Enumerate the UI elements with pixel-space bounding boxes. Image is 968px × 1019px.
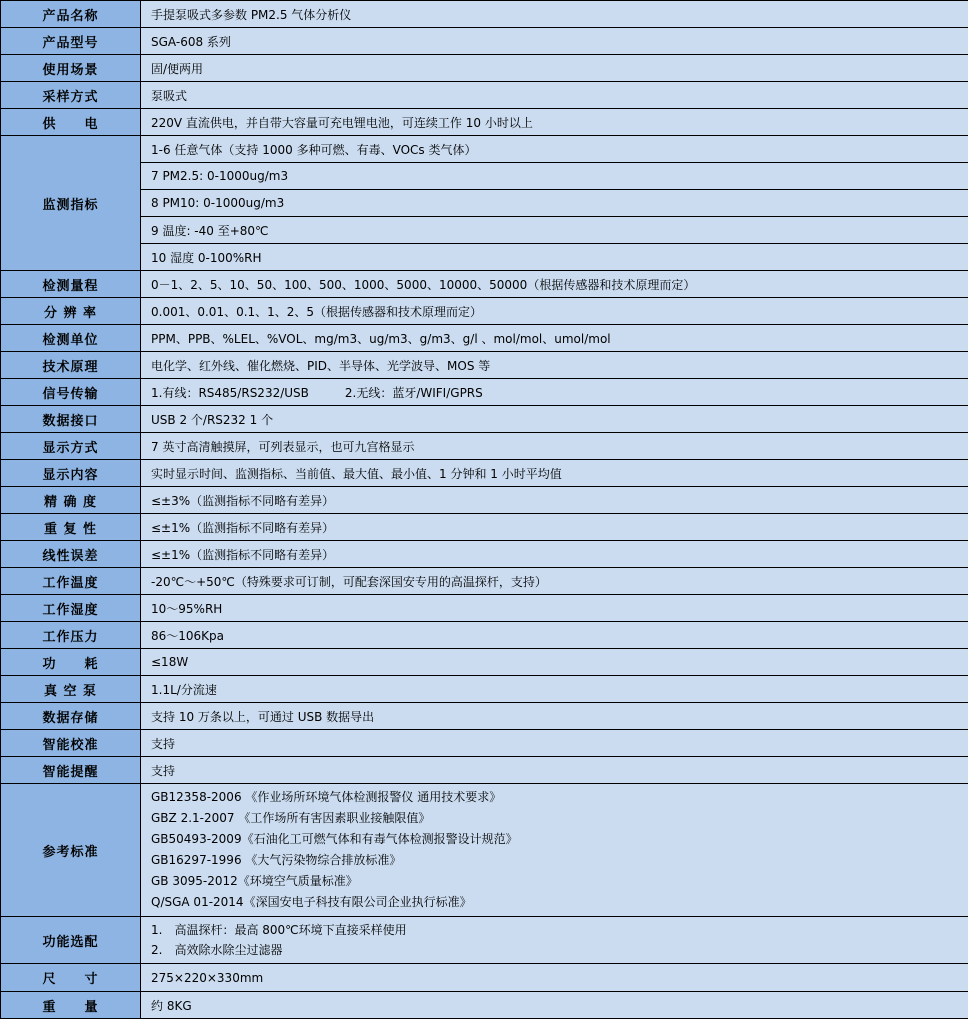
table-row: 监测指标 1-6 任意气体（支持 1000 多种可燃、有毒、VOCs 类气体） <box>1 136 968 163</box>
row-label: 信号传输 <box>1 379 141 406</box>
table-row: 8 PM10: 0-1000ug/m3 <box>1 190 968 217</box>
row-value: 220V 直流供电，并自带大容量可充电锂电池，可连续工作 10 小时以上 <box>141 109 968 136</box>
row-value: 1.1L/分流速 <box>141 676 968 703</box>
row-label: 功 耗 <box>1 649 141 676</box>
row-value: 8 PM10: 0-1000ug/m3 <box>141 190 968 217</box>
table-row: 供 电 220V 直流供电，并自带大容量可充电锂电池，可连续工作 10 小时以上 <box>1 109 968 136</box>
table-row: 重 量 约 8KG <box>1 992 968 1019</box>
table-row: 产品型号 SGA-608 系列 <box>1 28 968 55</box>
row-label: 技术原理 <box>1 352 141 379</box>
row-value: PPM、PPB、%LEL、%VOL、mg/m3、ug/m3、g/m3、g/l 、… <box>141 325 968 352</box>
table-row: 信号传输 1.有线：RS485/RS232/USB 2.无线：蓝牙/WIFI/G… <box>1 379 968 406</box>
value-line: 2. 高效除水除尘过滤器 <box>151 940 962 960</box>
row-label: 真 空 泵 <box>1 676 141 703</box>
row-value: 275×220×330mm <box>141 964 968 992</box>
row-value: 手提泵吸式多参数 PM2.5 气体分析仪 <box>141 1 968 28</box>
table-row: 真 空 泵 1.1L/分流速 <box>1 676 968 703</box>
table-row: 分 辨 率 0.001、0.01、0.1、1、2、5（根据传感器和技术原理而定） <box>1 298 968 325</box>
row-label: 供 电 <box>1 109 141 136</box>
table-row: 尺 寸 275×220×330mm <box>1 964 968 992</box>
table-row: 线性误差 ≤±1%（监测指标不同略有差异） <box>1 541 968 568</box>
row-value: -20℃～+50℃（特殊要求可订制，可配套深国安专用的高温探杆，支持） <box>141 568 968 595</box>
row-value: 7 PM2.5: 0-1000ug/m3 <box>141 163 968 190</box>
row-label: 产品型号 <box>1 28 141 55</box>
row-value: GB12358-2006 《作业场所环境气体检测报警仪 通用技术要求》 GBZ … <box>141 784 968 917</box>
row-value: 支持 <box>141 730 968 757</box>
row-label: 采样方式 <box>1 82 141 109</box>
table-row: 功能选配 1. 高温探杆：最高 800℃环境下直接采样使用 2. 高效除水除尘过… <box>1 917 968 964</box>
table-row: 显示方式 7 英寸高清触摸屏，可列表显示，也可九宫格显示 <box>1 433 968 460</box>
table-row: 工作压力 86～106Kpa <box>1 622 968 649</box>
row-label: 显示方式 <box>1 433 141 460</box>
table-row: 检测单位 PPM、PPB、%LEL、%VOL、mg/m3、ug/m3、g/m3、… <box>1 325 968 352</box>
row-label: 线性误差 <box>1 541 141 568</box>
table-row: 工作湿度 10～95%RH <box>1 595 968 622</box>
row-label: 参考标准 <box>1 784 141 917</box>
value-line: 1. 高温探杆：最高 800℃环境下直接采样使用 <box>151 920 962 940</box>
row-label: 功能选配 <box>1 917 141 964</box>
row-value: 7 英寸高清触摸屏，可列表显示，也可九宫格显示 <box>141 433 968 460</box>
table-row: 检测量程 0－1、2、5、10、50、100、500、1000、5000、100… <box>1 271 968 298</box>
table-row: 智能校准 支持 <box>1 730 968 757</box>
row-label: 智能提醒 <box>1 757 141 784</box>
row-label: 工作湿度 <box>1 595 141 622</box>
row-label: 尺 寸 <box>1 964 141 992</box>
row-value: 1.有线：RS485/RS232/USB 2.无线：蓝牙/WIFI/GPRS <box>141 379 968 406</box>
table-row: 10 湿度 0-100%RH <box>1 244 968 271</box>
table-row: 技术原理 电化学、红外线、催化燃烧、PID、半导体、光学波导、MOS 等 <box>1 352 968 379</box>
row-value: 1-6 任意气体（支持 1000 多种可燃、有毒、VOCs 类气体） <box>141 136 968 163</box>
row-label: 检测单位 <box>1 325 141 352</box>
row-value: ≤±1%（监测指标不同略有差异） <box>141 514 968 541</box>
row-label: 数据存储 <box>1 703 141 730</box>
table-row: 数据存储 支持 10 万条以上，可通过 USB 数据导出 <box>1 703 968 730</box>
row-value: ≤±1%（监测指标不同略有差异） <box>141 541 968 568</box>
row-value: 支持 <box>141 757 968 784</box>
table-row: 数据接口 USB 2 个/RS232 1 个 <box>1 406 968 433</box>
table-row: 智能提醒 支持 <box>1 757 968 784</box>
row-value: 泵吸式 <box>141 82 968 109</box>
row-label: 工作温度 <box>1 568 141 595</box>
row-label: 检测量程 <box>1 271 141 298</box>
table-row: 重 复 性 ≤±1%（监测指标不同略有差异） <box>1 514 968 541</box>
row-label: 使用场景 <box>1 55 141 82</box>
row-value: 0.001、0.01、0.1、1、2、5（根据传感器和技术原理而定） <box>141 298 968 325</box>
row-value: 实时显示时间、监测指标、当前值、最大值、最小值、1 分钟和 1 小时平均值 <box>141 460 968 487</box>
value-line: GB16297-1996 《大气污染物综合排放标准》 <box>151 850 962 871</box>
row-label: 工作压力 <box>1 622 141 649</box>
table-row: 使用场景 固/便两用 <box>1 55 968 82</box>
row-label: 分 辨 率 <box>1 298 141 325</box>
row-value: 1. 高温探杆：最高 800℃环境下直接采样使用 2. 高效除水除尘过滤器 <box>141 917 968 964</box>
row-value: ≤18W <box>141 649 968 676</box>
table-row: 7 PM2.5: 0-1000ug/m3 <box>1 163 968 190</box>
row-value: ≤±3%（监测指标不同略有差异） <box>141 487 968 514</box>
row-value: 0－1、2、5、10、50、100、500、1000、5000、10000、50… <box>141 271 968 298</box>
row-label: 显示内容 <box>1 460 141 487</box>
row-label: 监测指标 <box>1 136 141 271</box>
row-value: 10 湿度 0-100%RH <box>141 244 968 271</box>
row-label: 智能校准 <box>1 730 141 757</box>
row-value: 固/便两用 <box>141 55 968 82</box>
table-row: 精 确 度 ≤±3%（监测指标不同略有差异） <box>1 487 968 514</box>
table-row: 参考标准 GB12358-2006 《作业场所环境气体检测报警仪 通用技术要求》… <box>1 784 968 917</box>
product-spec-table: 产品名称 手提泵吸式多参数 PM2.5 气体分析仪 产品型号 SGA-608 系… <box>0 0 968 1019</box>
table-row: 显示内容 实时显示时间、监测指标、当前值、最大值、最小值、1 分钟和 1 小时平… <box>1 460 968 487</box>
table-row: 9 温度: -40 至+80℃ <box>1 217 968 244</box>
row-value: 10～95%RH <box>141 595 968 622</box>
table-row: 功 耗 ≤18W <box>1 649 968 676</box>
row-label: 精 确 度 <box>1 487 141 514</box>
row-label: 重 复 性 <box>1 514 141 541</box>
row-value: 86～106Kpa <box>141 622 968 649</box>
row-value: 电化学、红外线、催化燃烧、PID、半导体、光学波导、MOS 等 <box>141 352 968 379</box>
table-row: 采样方式 泵吸式 <box>1 82 968 109</box>
row-value: 约 8KG <box>141 992 968 1019</box>
value-line: GB50493-2009《石油化工可燃气体和有毒气体检测报警设计规范》 <box>151 829 962 850</box>
value-line: Q/SGA 01-2014《深国安电子科技有限公司企业执行标准》 <box>151 892 962 913</box>
value-line: GB12358-2006 《作业场所环境气体检测报警仪 通用技术要求》 <box>151 787 962 808</box>
value-line: GB 3095-2012《环境空气质量标准》 <box>151 871 962 892</box>
row-label: 产品名称 <box>1 1 141 28</box>
row-value: SGA-608 系列 <box>141 28 968 55</box>
row-label: 数据接口 <box>1 406 141 433</box>
row-value: 9 温度: -40 至+80℃ <box>141 217 968 244</box>
row-value: 支持 10 万条以上，可通过 USB 数据导出 <box>141 703 968 730</box>
table-row: 产品名称 手提泵吸式多参数 PM2.5 气体分析仪 <box>1 1 968 28</box>
table-row: 工作温度 -20℃～+50℃（特殊要求可订制，可配套深国安专用的高温探杆，支持） <box>1 568 968 595</box>
value-line: GBZ 2.1-2007 《工作场所有害因素职业接触限值》 <box>151 808 962 829</box>
row-label: 重 量 <box>1 992 141 1019</box>
row-value: USB 2 个/RS232 1 个 <box>141 406 968 433</box>
